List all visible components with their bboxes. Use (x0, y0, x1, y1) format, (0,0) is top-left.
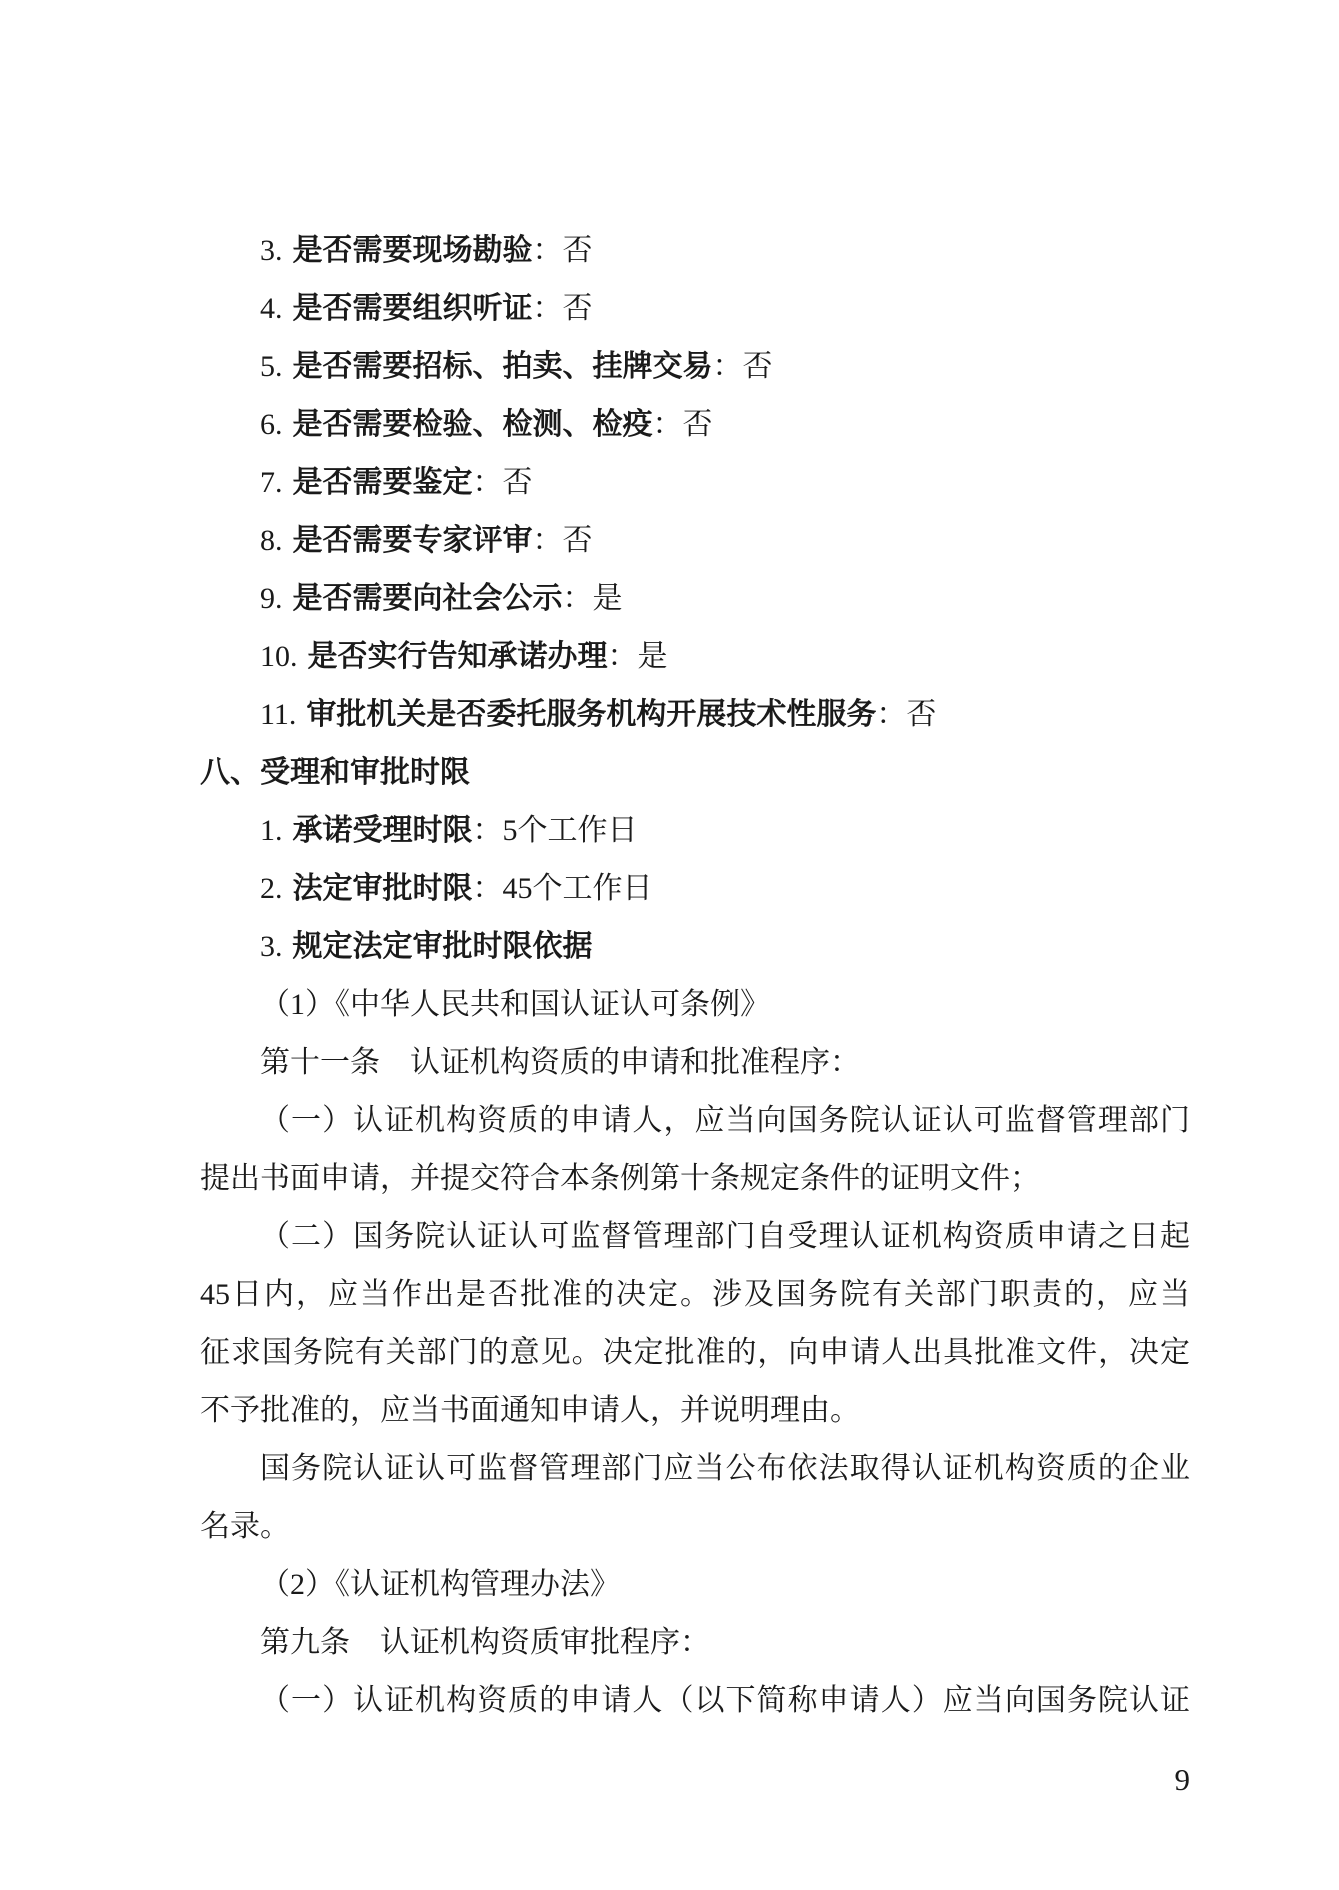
deadline-item: 3.规定法定审批时限依据 (200, 918, 1190, 976)
item-label: 是否需要鉴定 (293, 466, 473, 499)
checklist-item: 4.是否需要组织听证：否 (200, 280, 1190, 338)
checklist-item: 6.是否需要检验、检测、检疫：否 (200, 396, 1190, 454)
checklist-item: 5.是否需要招标、拍卖、挂牌交易：否 (200, 338, 1190, 396)
item-label: 法定审批时限 (293, 872, 473, 905)
item-number: 5. (260, 350, 283, 383)
item-number: 4. (260, 292, 283, 325)
paragraph-line: （2）《认证机构管理办法》 (200, 1556, 1190, 1614)
item-label: 审批机关是否委托服务机构开展技术性服务 (306, 698, 876, 731)
item-label: 是否需要组织听证 (293, 292, 533, 325)
paragraph-line: （一）认证机构资质的申请人（以下简称申请人）应当向国务院认证 (200, 1672, 1190, 1730)
paragraph-line: 不予批准的，应当书面通知申请人，并说明理由。 (200, 1382, 1190, 1440)
item-label: 承诺受理时限 (293, 814, 473, 847)
item-number: 1. (260, 814, 283, 847)
item-value: ：否 (533, 524, 593, 557)
paragraph-line: 第九条 认证机构资质审批程序： (200, 1614, 1190, 1672)
item-label: 是否需要专家评审 (293, 524, 533, 557)
checklist-item: 9.是否需要向社会公示：是 (200, 570, 1190, 628)
item-value: ：5个工作日 (473, 814, 638, 847)
paragraph-line: （一）认证机构资质的申请人，应当向国务院认证认可监督管理部门 (200, 1092, 1190, 1150)
page-number: 9 (200, 1751, 1190, 1809)
deadline-item: 1.承诺受理时限：5个工作日 (200, 802, 1190, 860)
item-number: 10. (260, 640, 298, 673)
checklist-item: 10.是否实行告知承诺办理：是 (200, 628, 1190, 686)
item-value: ：是 (563, 582, 623, 615)
section-heading: 八、受理和审批时限 (200, 744, 1190, 802)
checklist-item: 11.审批机关是否委托服务机构开展技术性服务：否 (200, 686, 1190, 744)
paragraph-line: （二）国务院认证认可监督管理部门自受理认证机构资质申请之日起 (200, 1208, 1190, 1266)
item-label: 是否需要检验、检测、检疫 (293, 408, 653, 441)
item-value: ：否 (876, 698, 936, 731)
item-number: 9. (260, 582, 283, 615)
paragraph-line: 国务院认证认可监督管理部门应当公布依法取得认证机构资质的企业 (200, 1440, 1190, 1498)
item-number: 7. (260, 466, 283, 499)
item-value: ：否 (533, 292, 593, 325)
item-number: 6. (260, 408, 283, 441)
paragraph-line: 第十一条 认证机构资质的申请和批准程序： (200, 1034, 1190, 1092)
paragraph-line: （1）《中华人民共和国认证认可条例》 (200, 976, 1190, 1034)
checklist-item: 8.是否需要专家评审：否 (200, 512, 1190, 570)
item-value: ：否 (653, 408, 713, 441)
item-number: 3. (260, 930, 283, 963)
paragraph-line: 征求国务院有关部门的意见。决定批准的，向申请人出具批准文件，决定 (200, 1324, 1190, 1382)
item-value: ：45个工作日 (473, 872, 653, 905)
item-number: 8. (260, 524, 283, 557)
item-number: 2. (260, 872, 283, 905)
checklist-item: 7.是否需要鉴定：否 (200, 454, 1190, 512)
item-value: ：否 (473, 466, 533, 499)
checklist-item: 3.是否需要现场勘验：否 (200, 222, 1190, 280)
paragraph-line: 45日内，应当作出是否批准的决定。涉及国务院有关部门职责的，应当 (200, 1266, 1190, 1324)
item-value: ：是 (608, 640, 668, 673)
item-number: 3. (260, 234, 283, 267)
deadline-item: 2.法定审批时限：45个工作日 (200, 860, 1190, 918)
item-label: 是否需要现场勘验 (293, 234, 533, 267)
item-label: 规定法定审批时限依据 (293, 930, 593, 963)
paragraph-line: 提出书面申请，并提交符合本条例第十条规定条件的证明文件； (200, 1150, 1190, 1208)
document-body: 3.是否需要现场勘验：否 4.是否需要组织听证：否 5.是否需要招标、拍卖、挂牌… (200, 222, 1190, 1730)
item-label: 是否需要向社会公示 (293, 582, 563, 615)
item-value: ：否 (533, 234, 593, 267)
item-label: 是否需要招标、拍卖、挂牌交易 (293, 350, 713, 383)
item-label: 是否实行告知承诺办理 (308, 640, 608, 673)
paragraph-line: 名录。 (200, 1498, 1190, 1556)
item-value: ：否 (713, 350, 773, 383)
item-number: 11. (260, 698, 296, 731)
